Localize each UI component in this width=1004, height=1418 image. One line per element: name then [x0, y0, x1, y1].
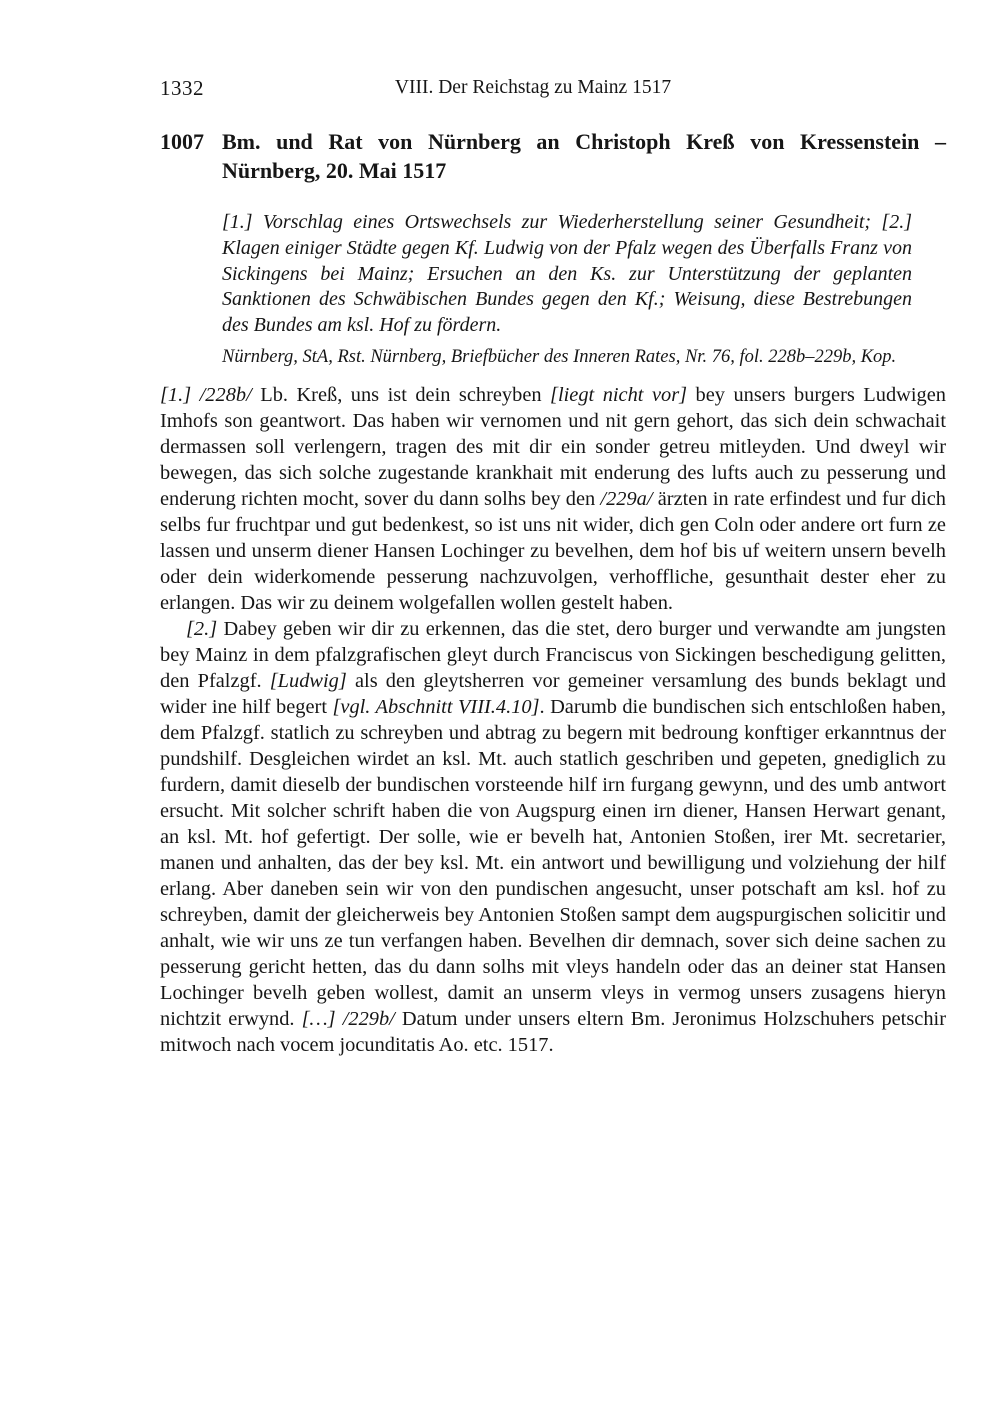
running-header: 1332 VIII. Der Reichstag zu Mainz 1517	[160, 76, 946, 104]
letter-paragraph-1: [1.] /228b/ Lb. Kreß, uns ist dein schre…	[160, 382, 946, 616]
archival-source: Nürnberg, StA, Rst. Nürnberg, Briefbüche…	[222, 345, 922, 369]
letter-body: [1.] /228b/ Lb. Kreß, uns ist dein schre…	[160, 382, 946, 1058]
running-title: VIII. Der Reichstag zu Mainz 1517	[395, 77, 671, 99]
letter-paragraph-2: [2.] Dabey geben wir dir zu erkennen, da…	[160, 616, 946, 1058]
book-page: 1332 VIII. Der Reichstag zu Mainz 1517 1…	[0, 0, 1004, 1418]
entry-heading: 1007 Bm. und Rat von Nürnberg an Christo…	[160, 127, 946, 185]
entry-summary: [1.] Vorschlag eines Ortswechsels zur Wi…	[222, 210, 912, 339]
entry-number: 1007	[160, 127, 222, 185]
entry-title: Bm. und Rat von Nürnberg an Christoph Kr…	[222, 127, 946, 185]
page-number: 1332	[160, 76, 204, 101]
